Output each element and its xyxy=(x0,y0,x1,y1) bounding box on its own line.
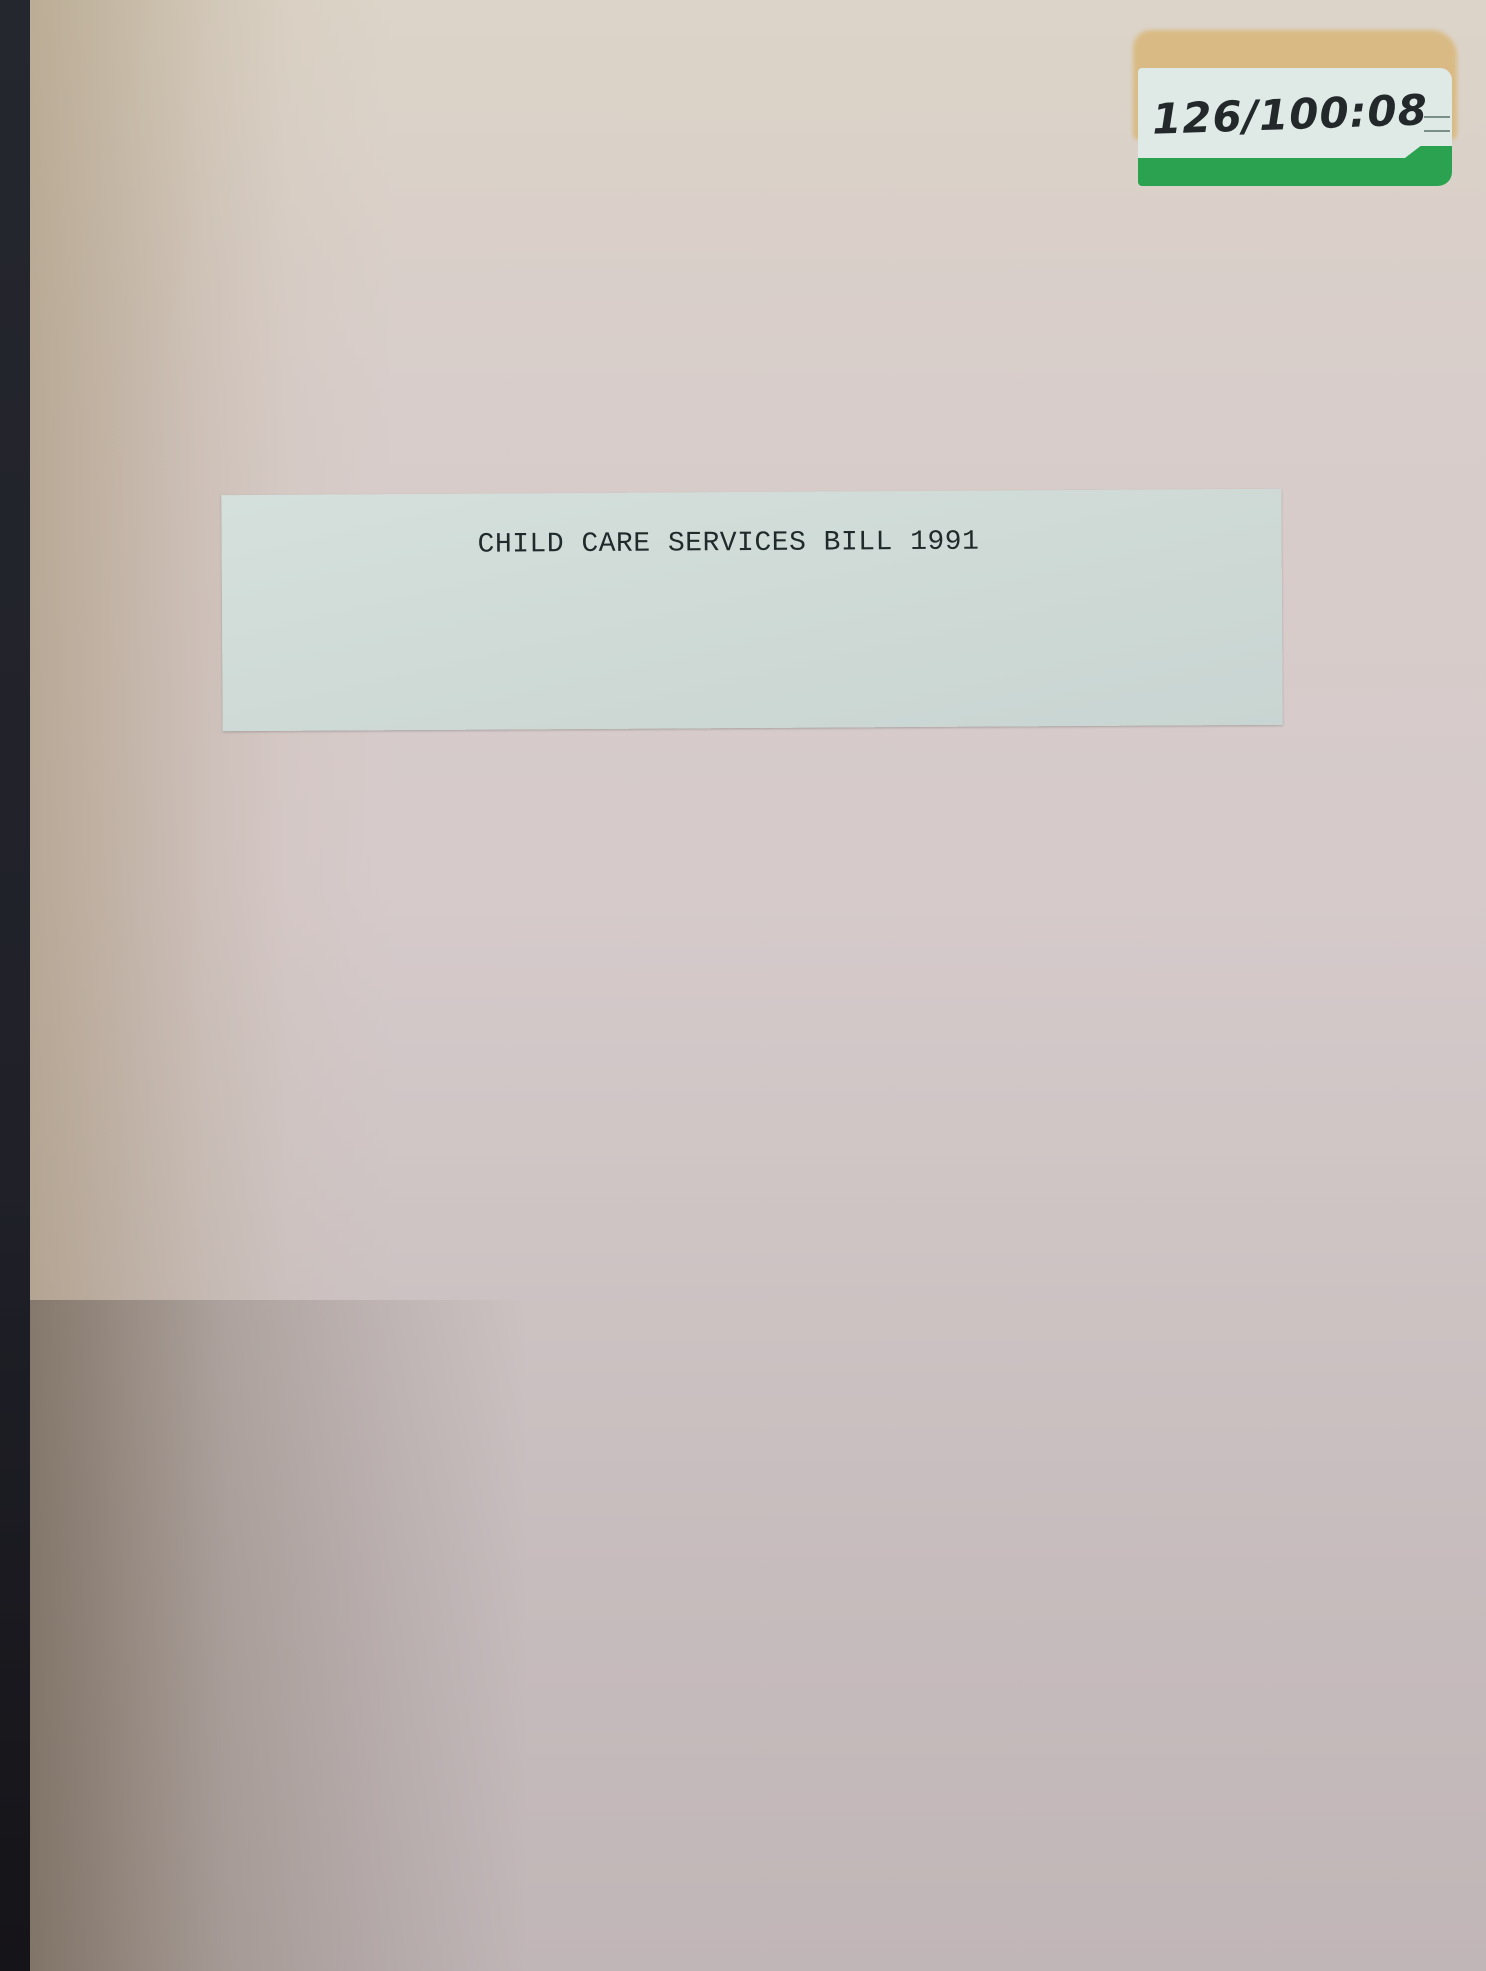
reference-number: 126/100:08 xyxy=(1151,85,1428,144)
title-label: CHILD CARE SERVICES BILL 1991 xyxy=(221,489,1282,731)
folder-cover xyxy=(30,0,1486,1971)
reference-label: 126/100:08 xyxy=(1138,68,1452,186)
reference-label-green-band xyxy=(1138,146,1452,186)
binding-strip xyxy=(0,0,32,1971)
document-title: CHILD CARE SERVICES BILL 1991 xyxy=(478,527,980,561)
